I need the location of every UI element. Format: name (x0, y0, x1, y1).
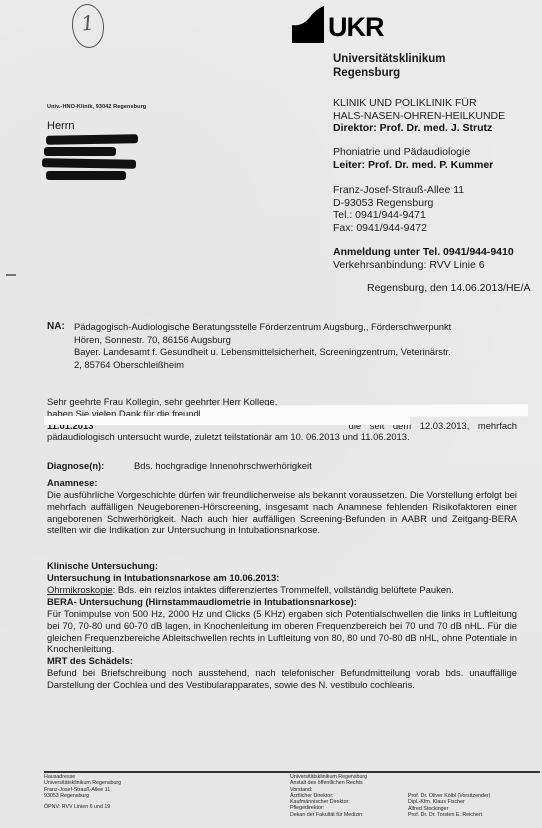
bera-heading: BERA- Untersuchung (Hirnstammaudiometrie… (47, 596, 517, 608)
cc-line: Bayer. Landesamt f. Gesundheit u. Lebens… (74, 346, 514, 359)
recipient-salutation: Herrn (47, 120, 75, 132)
footer-board: Universitätsklinikum Regensburg Anstalt … (290, 774, 367, 818)
mrt-heading: MRT des Schädels: (47, 655, 517, 667)
footer-house-address: Hausadresse Universitätsklinikum Regensb… (44, 774, 121, 810)
margin-mark (6, 274, 16, 276)
anamnesis-heading: Anamnese: (47, 477, 517, 489)
cc-line: 2, 85764 Oberschleißheim (74, 359, 514, 372)
footer-divider (44, 771, 540, 773)
redaction-bar (42, 158, 136, 169)
footer-role: Dekan der Fakultät für Medizin: (290, 812, 367, 818)
clinic-line2: HALS-NASEN-OHREN-HEILKUNDE (333, 110, 505, 123)
date-line: Regensburg, den 14.06.2013/HE/A (367, 282, 530, 294)
diagnosis-label: Diagnose(n): (47, 460, 104, 471)
cc-line: Hören, Sonnestr. 70, 86156 Augsburg (74, 334, 514, 347)
anamnesis-text: Die ausführliche Vorgeschichte dürfen wi… (47, 489, 517, 536)
clinic-line1: KLINIK UND POLIKLINIK FÜR (333, 97, 505, 110)
footer-name: Prof. Dr. Dr. Torsten E. Reichert (408, 812, 490, 818)
handwritten-number: 1 (72, 10, 104, 37)
return-address: Univ.-HNO-Klinik, 93042 Regensburg (47, 104, 146, 110)
address-street: Franz-Josef-Strauß-Allee 11 (333, 184, 464, 197)
otomicroscopy-text: : Bds. ein reizlos intaktes differenzier… (113, 584, 454, 595)
registration-phone: Anmeldung unter Tel. 0941/944-9410 (333, 246, 514, 259)
institution-name: Universitätsklinikum Regensburg (333, 52, 445, 80)
mrt-text: Befund bei Briefschreibung noch ausstehe… (47, 667, 517, 691)
redaction-bar (46, 134, 138, 145)
letter-page: 1 UKR Universitätsklinikum Regensburg KL… (0, 0, 542, 828)
exam-heading: Untersuchung in Intubationsnarkose am 10… (47, 572, 517, 584)
clinical-heading: Klinische Untersuchung: (47, 560, 517, 572)
footer-transit: ÖPNV: RVV Linien 6 und 19 (44, 804, 121, 810)
otomicroscopy-label: Ohrmikroskopie (47, 584, 113, 595)
wave-logo-icon (292, 3, 332, 43)
otomicroscopy: Ohrmikroskopie: Bds. ein reizlos intakte… (47, 584, 517, 596)
cc-recipients: Pädagogisch-Audiologische Beratungsstell… (74, 321, 514, 371)
department-name: Phoniatrie und Pädaudiologie (333, 146, 493, 159)
footer-line: 93053 Regensburg (44, 793, 121, 799)
clinic-block: KLINIK UND POLIKLINIK FÜR HALS-NASEN-OHR… (333, 97, 505, 135)
institution-line1: Universitätsklinikum (333, 52, 445, 66)
diagnosis-text: Bds. hochgradige Innenohrschwerhörigkeit (134, 460, 312, 471)
transport-info: Verkehrsanbindung: RVV Linie 6 (333, 259, 514, 272)
address-fax: Fax: 0941/944-9472 (333, 222, 464, 235)
address-tel: Tel.: 0941/944-9471 (333, 209, 464, 222)
cc-label: NA: (47, 321, 65, 332)
redaction-bar (46, 171, 126, 180)
registration-block: Anmeldung unter Tel. 0941/944-9410 Verke… (333, 246, 514, 271)
handwritten-circle-mark: 1 (70, 2, 106, 49)
footer-line: Universitätsklinikum Regensburg (44, 780, 121, 786)
footer-line: Franz-Josef-Strauß-Allee 11 (44, 787, 121, 793)
intro-line3: pädaudiologisch untersucht wurde, zuletz… (47, 431, 517, 443)
address-block: Franz-Josef-Strauß-Allee 11 D-93053 Rege… (333, 184, 464, 234)
department-block: Phoniatrie und Pädaudiologie Leiter: Pro… (333, 146, 493, 171)
address-city: D-93053 Regensburg (333, 197, 464, 210)
logo-text: UKR (328, 12, 384, 43)
department-head: Leiter: Prof. Dr. med. P. Kummer (333, 159, 493, 172)
redaction-whiteout (310, 416, 410, 425)
cc-line: Pädagogisch-Audiologische Beratungsstell… (74, 321, 514, 334)
footer-line: Anstalt des öffentlichen Rechts (290, 780, 367, 786)
redaction-whiteout (44, 416, 314, 425)
redaction-bar (44, 147, 116, 156)
footer-board-names: Prof. Dr. Oliver Kölbl (Vorsitzender) Di… (408, 793, 490, 818)
ukr-logo: UKR (292, 3, 382, 43)
clinic-director: Direktor: Prof. Dr. med. J. Strutz (333, 122, 505, 135)
bera-text: Für Tonimpulse von 500 Hz, 2000 Hz und C… (47, 608, 517, 655)
institution-line2: Regensburg (333, 66, 445, 80)
